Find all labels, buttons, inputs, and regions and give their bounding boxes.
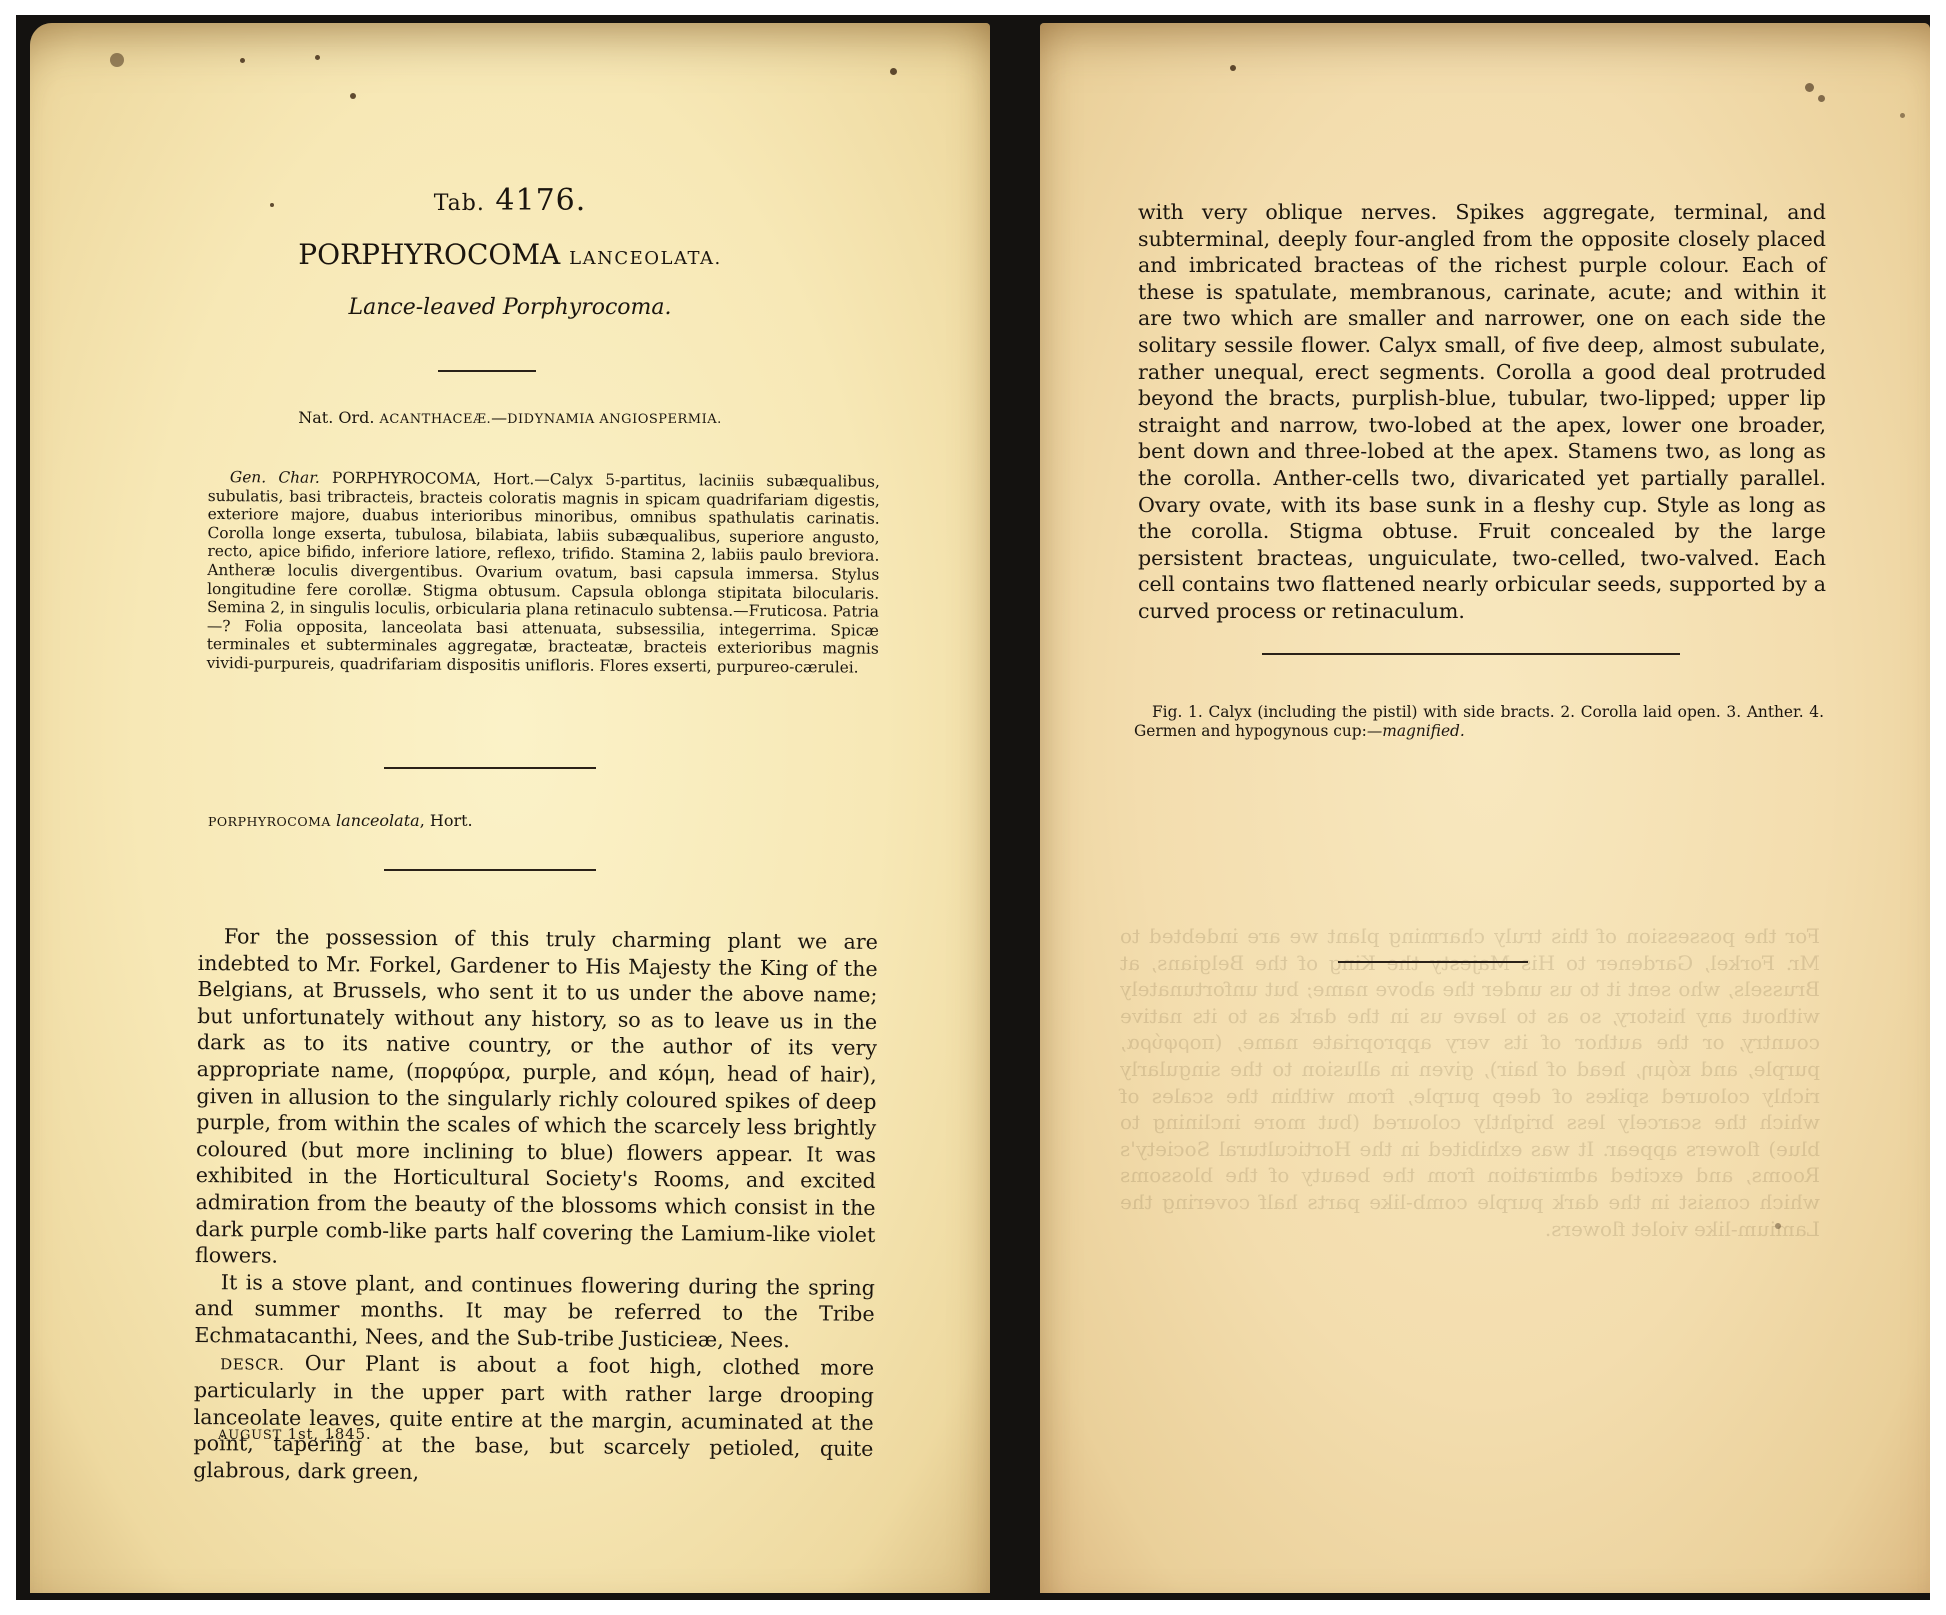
bleed-through-text: For the possession of this truly charmin… <box>1120 923 1820 1242</box>
divider-rule <box>438 370 536 372</box>
foxing-spot <box>1805 83 1814 92</box>
foxing-spot <box>315 55 320 60</box>
foxing-spot <box>240 58 245 63</box>
description-paragraph: Descr. Our Plant is about a foot high, c… <box>193 1348 874 1489</box>
scan-background: Tab. 4176. PORPHYROCOMA LANCEOLATA. Lanc… <box>16 15 1930 1600</box>
synonym-line: Porphyrocoma lanceolata, Hort. <box>208 811 473 830</box>
body-text: For the possession of this truly charmin… <box>193 923 878 1489</box>
divider-rule <box>384 869 596 871</box>
description-continuation: with very oblique nerves. Spikes aggrega… <box>1138 199 1826 625</box>
divider-rule <box>384 767 596 769</box>
page-gutter <box>990 15 1040 1600</box>
body-paragraph: For the possession of this truly charmin… <box>195 923 878 1275</box>
body-paragraph: It is a stove plant, and continues flowe… <box>194 1269 875 1355</box>
foxing-spot <box>1818 95 1825 102</box>
publication-date: August 1st, 1845. <box>218 1425 371 1443</box>
foxing-spot <box>1900 113 1905 118</box>
generic-character: Gen. Char. PORPHYROCOMA, Hort.—Calyx 5-p… <box>207 468 880 677</box>
foxing-spot <box>350 93 356 99</box>
common-name: Lance-leaved Porphyrocoma. <box>30 295 990 320</box>
left-page: Tab. 4176. PORPHYROCOMA LANCEOLATA. Lanc… <box>30 23 990 1593</box>
foxing-spot <box>1230 65 1236 71</box>
right-page: For the possession of this truly charmin… <box>1040 23 1930 1593</box>
foxing-spot <box>110 53 124 67</box>
figure-caption: Fig. 1. Calyx (including the pistil) wit… <box>1134 703 1824 741</box>
natural-order: Nat. Ord. Acanthaceæ.—Didynamia Angiospe… <box>30 408 990 427</box>
species-title: PORPHYROCOMA LANCEOLATA. <box>30 238 990 271</box>
bleed-through-rule <box>1338 961 1528 963</box>
divider-rule <box>1262 653 1680 655</box>
plate-number: Tab. 4176. <box>30 183 990 218</box>
foxing-spot <box>890 68 897 75</box>
